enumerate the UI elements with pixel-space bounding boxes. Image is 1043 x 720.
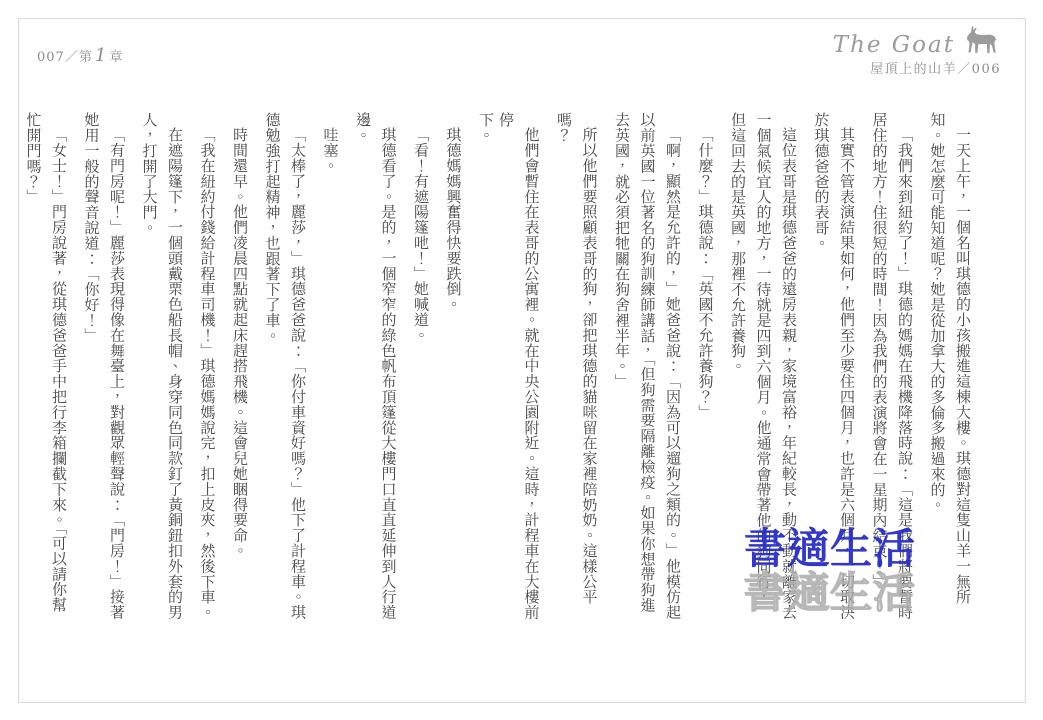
book-title: 屋頂上的山羊 — [870, 62, 957, 77]
paragraph: 他們會暫住在表哥的公寓裡。就在中央公園附近。這時，計程車在大樓前停 — [493, 112, 544, 620]
paragraph: 「女士！」門房說著，從琪德爸爸手中把行李箱攔截下來。「可以請你幫忙開門嗎？」 — [20, 112, 71, 620]
chapter-suffix: 章 — [109, 50, 123, 65]
book-spread: 007／第1章 The Goat 屋頂上的山羊／006 一天上午，一個名叫琪德的… — [0, 0, 1043, 720]
chapter-number: 1 — [93, 45, 109, 66]
chapter-prefix: 第 — [79, 50, 93, 65]
goat-icon — [959, 24, 1001, 58]
paragraph: 琪德媽媽興奮得快要跌倒。 — [440, 112, 466, 620]
paragraph: 一天上午，一個名叫琪德的小孩搬進這棟大樓。琪德對這隻山羊一無所知。她怎麼可能知道… — [924, 112, 975, 620]
paragraph: 所以他們要照顧表哥的狗，卻把琪德的貓咪留在家裡陪奶奶。這樣公平嗎？ — [551, 112, 602, 620]
paragraph: 「看！有遮陽篷吔！」她喊道。 — [408, 112, 434, 620]
folio-right: 006 — [972, 62, 1001, 77]
paragraph: 「有門房呢！」麗莎表現得像在舞臺上，對觀眾輕聲說：「門房！」接著她用一般的聲音說… — [78, 112, 129, 620]
paragraph: 其實不管表演結果如何，他們至少要住四個月，也許是六個月，一切取決於琪德爸爸的表哥… — [808, 112, 859, 620]
paragraph: 在遮陽篷下，一個頭戴栗色船長帽、身穿同色同款釘了黃銅鈕扣外套的男人，打開了大門。 — [136, 112, 187, 620]
paragraph: 這位表哥是琪德爸爸的遠房表親，家境富裕，年紀較長，動不動就離家去一個氣候宜人的地… — [725, 112, 802, 620]
folio-separator-right: ／ — [957, 62, 972, 77]
paragraph: 「我們來到紐約了！」琪德的媽媽在飛機降落時說：「這是我們將要暫時居住的地方！住很… — [866, 112, 917, 620]
paragraph: 琪德看了。是的，一個窄窄的綠色帆布頂篷從大樓門口直直延伸到人行道邊。 — [350, 112, 401, 620]
book-logo-row: The Goat — [833, 24, 1001, 58]
paragraph: 「我在紐約付錢給計程車司機！」琪德媽媽說完，扣上皮夾，然後下車。 — [194, 112, 220, 620]
page-right-text: 一天上午，一個名叫琪德的小孩搬進這棟大樓。琪德對這隻山羊一無所知。她怎麼可能知道… — [486, 112, 976, 620]
paragraph: 「什麼？」琪德說：「英國不允許養狗？」 — [692, 112, 718, 620]
paragraph: 「啊，顯然是允許的，」她爸爸說：「因為可以遛狗之類的。」他模仿起以前英國一位著名… — [609, 112, 686, 620]
book-logo-text: The Goat — [833, 32, 955, 58]
paragraph: 「太棒了，麗莎，」琪德爸爸說：「你付車資好嗎？」他下了計程車。琪德勉強打起精神，… — [259, 112, 310, 620]
running-head-left: 007／第1章 — [37, 45, 123, 66]
folio-separator: ／ — [65, 50, 79, 65]
paragraph: 下。 — [473, 112, 499, 620]
folio-left: 007 — [37, 50, 65, 65]
book-title-row: 屋頂上的山羊／006 — [833, 58, 1001, 77]
paragraph: 哇塞。 — [317, 112, 343, 620]
paragraph: 時間還早。他們凌晨四點就起床趕搭飛機。這會兒她睏得要命。 — [227, 112, 253, 620]
running-head-right: The Goat 屋頂上的山羊／006 — [833, 24, 1001, 77]
page-left-text: 下。琪德媽媽興奮得快要跌倒。「看！有遮陽篷吔！」她喊道。琪德看了。是的，一個窄窄… — [13, 112, 498, 620]
